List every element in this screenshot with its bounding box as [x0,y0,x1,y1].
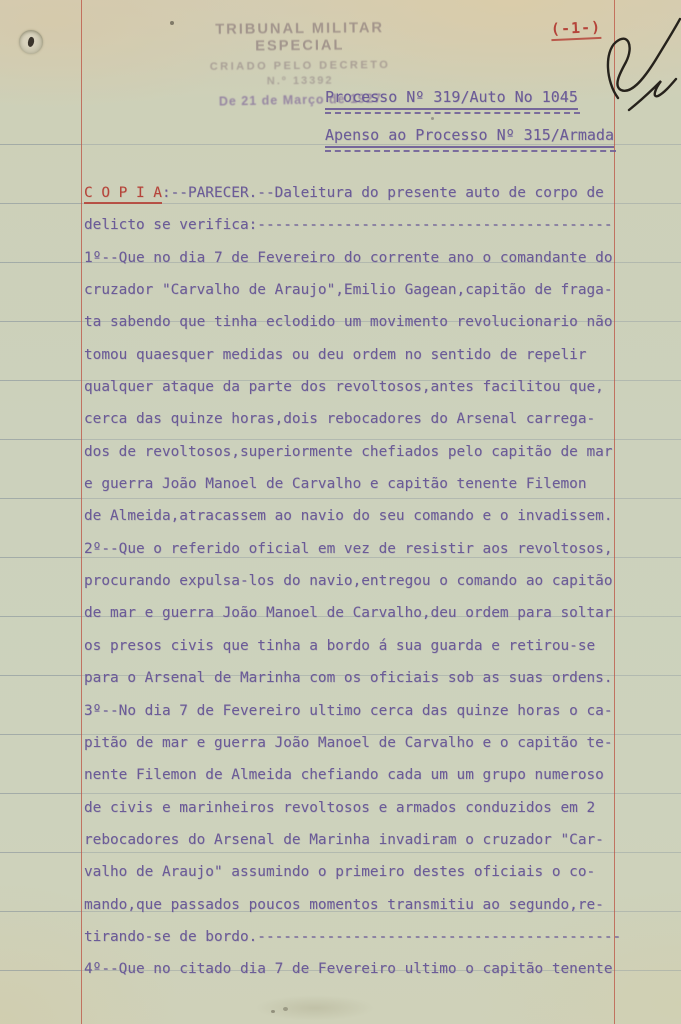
typewritten-line: qualquer ataque da parte dos revoltosos,… [84,371,644,403]
typewritten-line: e guerra João Manoel de Carvalho e capit… [84,468,644,500]
ink-speck [271,1010,275,1013]
process-number-text: Processo Nº 319/Auto No 1045 [325,88,578,110]
stamp-title: TRIBUNAL MILITAR ESPECIAL [170,19,429,56]
ink-speck [283,1007,288,1011]
document-page: TRIBUNAL MILITAR ESPECIAL CRIADO PELO DE… [0,0,681,1024]
typewritten-line: pitão de mar e guerra João Manoel de Car… [84,727,644,759]
apenso-text: Apenso ao Processo Nº 315/Armada [325,126,614,148]
signature-ink [596,10,681,116]
ruled-lines-margin [0,144,81,1024]
typewritten-line: de civis e marinheiros revoltosos e arma… [84,792,644,824]
typewritten-line: 2º--Que o referido oficial em vez de res… [84,533,644,565]
typewritten-line: ta sabendo que tinha eclodido um movimen… [84,306,644,338]
typewritten-line: tomou quaesquer medidas ou deu ordem no … [84,339,644,371]
punch-hole [19,30,43,54]
ink-speck [170,21,174,25]
left-margin-line [81,0,82,1024]
typewritten-line: 4º--Que no citado dia 7 de Fevereiro ult… [84,953,644,985]
typewritten-line: os presos civis que tinha a bordo á sua … [84,630,644,662]
typewritten-line: tirando-se de bordo.--------------------… [84,921,644,953]
typewritten-line: rebocadores do Arsenal de Marinha invadi… [84,824,644,856]
typewritten-line: dos de revoltosos,superiormente chefiado… [84,436,644,468]
folio-number: (-1-) [551,18,602,41]
typewritten-line: cruzador "Carvalho de Araujo",Emilio Gag… [84,274,644,306]
ink-speck [431,117,434,120]
stamp-decree-number: N.º 13392 [168,74,432,89]
apenso-line: Apenso ao Processo Nº 315/Armada [325,126,614,148]
body-lines: delicto se verifica:--------------------… [84,209,644,985]
typewritten-line: cerca das quinze horas,dois rebocadores … [84,403,644,435]
typewritten-line: de Almeida,atracassem ao navio do seu co… [84,500,644,532]
punch-hole-mark [27,36,36,47]
typewritten-line: 1º--Que no dia 7 de Fevereiro do corrent… [84,242,644,274]
typewritten-line: 3º--No dia 7 de Fevereiro ultimo cerca d… [84,695,644,727]
stamp-subtitle: CRIADO PELO DECRETO [168,59,432,74]
typewritten-line: valho de Araujo" assumindo o primeiro de… [84,856,644,888]
paper-smudge [255,995,375,1021]
typewritten-body: C O P I A:--PARECER.--Daleitura do prese… [84,177,644,986]
typewritten-line: procurando expulsa-los do navio,entregou… [84,565,644,597]
typewritten-line: delicto se verifica:--------------------… [84,209,644,241]
copia-label: C O P I A [84,185,162,204]
typewritten-line: de mar e guerra João Manoel de Carvalho,… [84,597,644,629]
typewritten-line: mando,que passados poucos momentos trans… [84,889,644,921]
body-first-line: C O P I A:--PARECER.--Daleitura do prese… [84,177,644,209]
typewritten-line: para o Arsenal de Marinha com os oficiai… [84,662,644,694]
first-line-rest: :--PARECER.--Daleitura do presente auto … [162,185,604,201]
process-number-line: Processo Nº 319/Auto No 1045 [325,88,578,110]
typewritten-line: nente Filemon de Almeida chefiando cada … [84,759,644,791]
